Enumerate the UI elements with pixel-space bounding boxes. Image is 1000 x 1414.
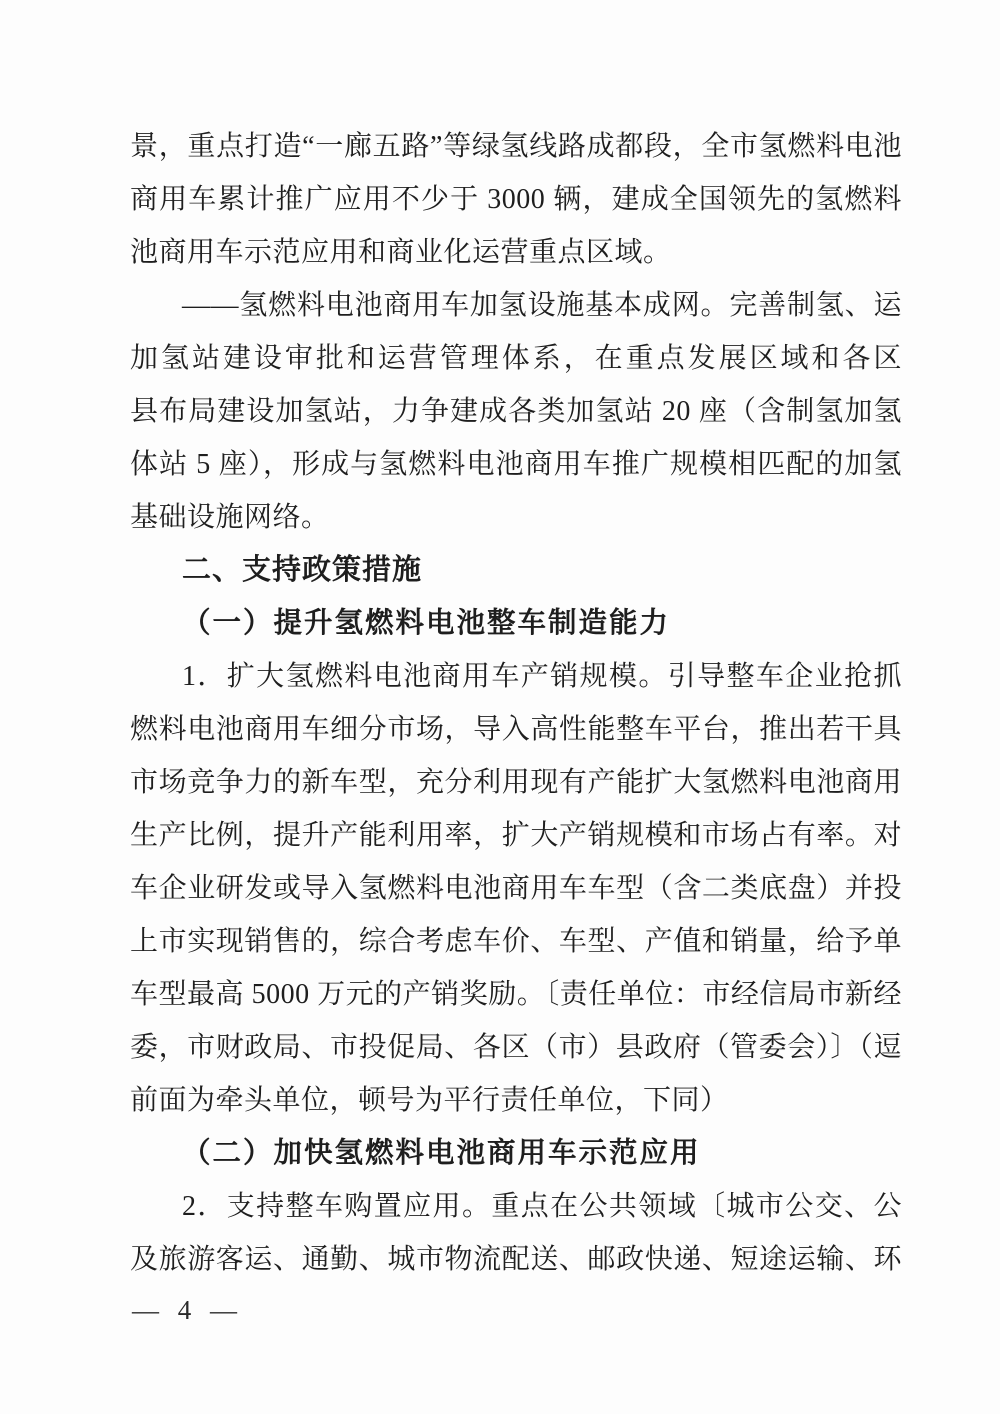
text-line: 体站 5 座），形成与氢燃料电池商用车推广规模相匹配的加氢站 <box>130 438 902 491</box>
text-line: 2．支持整车购置应用。重点在公共领域〔城市公交、公路 <box>130 1180 902 1233</box>
text-line: 加氢站建设审批和运营管理体系，在重点发展区域和各区（市） <box>130 332 902 385</box>
text-line: 池商用车示范应用和商业化运营重点区域。 <box>130 226 902 279</box>
text-line: 车型最高 5000 万元的产销奖励。〔责任单位：市经信局市新经济 <box>130 968 902 1021</box>
text-line: 车企业研发或导入氢燃料电池商用车车型（含二类底盘）并投产 <box>130 862 902 915</box>
text-line: 上市实现销售的，综合考虑车价、车型、产值和销量，给予单个 <box>130 915 902 968</box>
text-line: 1．扩大氢燃料电池商用车产销规模。引导整车企业抢抓氢 <box>130 650 902 703</box>
text-line: ——氢燃料电池商用车加氢设施基本成网。完善制氢、运氢、 <box>130 279 902 332</box>
subsection-heading: （二）加快氢燃料电池商用车示范应用 <box>130 1127 902 1180</box>
text-line: 县布局建设加氢站，力争建成各类加氢站 20 座（含制氢加氢一 <box>130 385 902 438</box>
text-line: 基础设施网络。 <box>130 491 902 544</box>
text-line: 市场竞争力的新车型，充分利用现有产能扩大氢燃料电池商用车 <box>130 756 902 809</box>
document-page: 景，重点打造“一廊五路”等绿氢线路成都段，全市氢燃料电池商用车累计推广应用不少于… <box>0 0 1000 1414</box>
text-line: 商用车累计推广应用不少于 3000 辆，建成全国领先的氢燃料电 <box>130 173 902 226</box>
text-line: 燃料电池商用车细分市场，导入高性能整车平台，推出若干具有 <box>130 703 902 756</box>
text-line: 委，市财政局、市投促局、各区（市）县政府（管委会）〕（逗号 <box>130 1021 902 1074</box>
page-number: — 4 — <box>132 1295 243 1326</box>
text-line: 景，重点打造“一廊五路”等绿氢线路成都段，全市氢燃料电池 <box>130 120 902 173</box>
section-heading: 二、支持政策措施 <box>130 544 902 597</box>
text-line: 生产比例，提升产能利用率，扩大产销规模和市场占有率。对整 <box>130 809 902 862</box>
subsection-heading: （一）提升氢燃料电池整车制造能力 <box>130 597 902 650</box>
text-line: 前面为牵头单位，顿号为平行责任单位，下同） <box>130 1074 902 1127</box>
text-line: 及旅游客运、通勤、城市物流配送、邮政快递、短途运输、环卫、 <box>130 1233 902 1286</box>
document-body: 景，重点打造“一廊五路”等绿氢线路成都段，全市氢燃料电池商用车累计推广应用不少于… <box>130 120 902 1286</box>
